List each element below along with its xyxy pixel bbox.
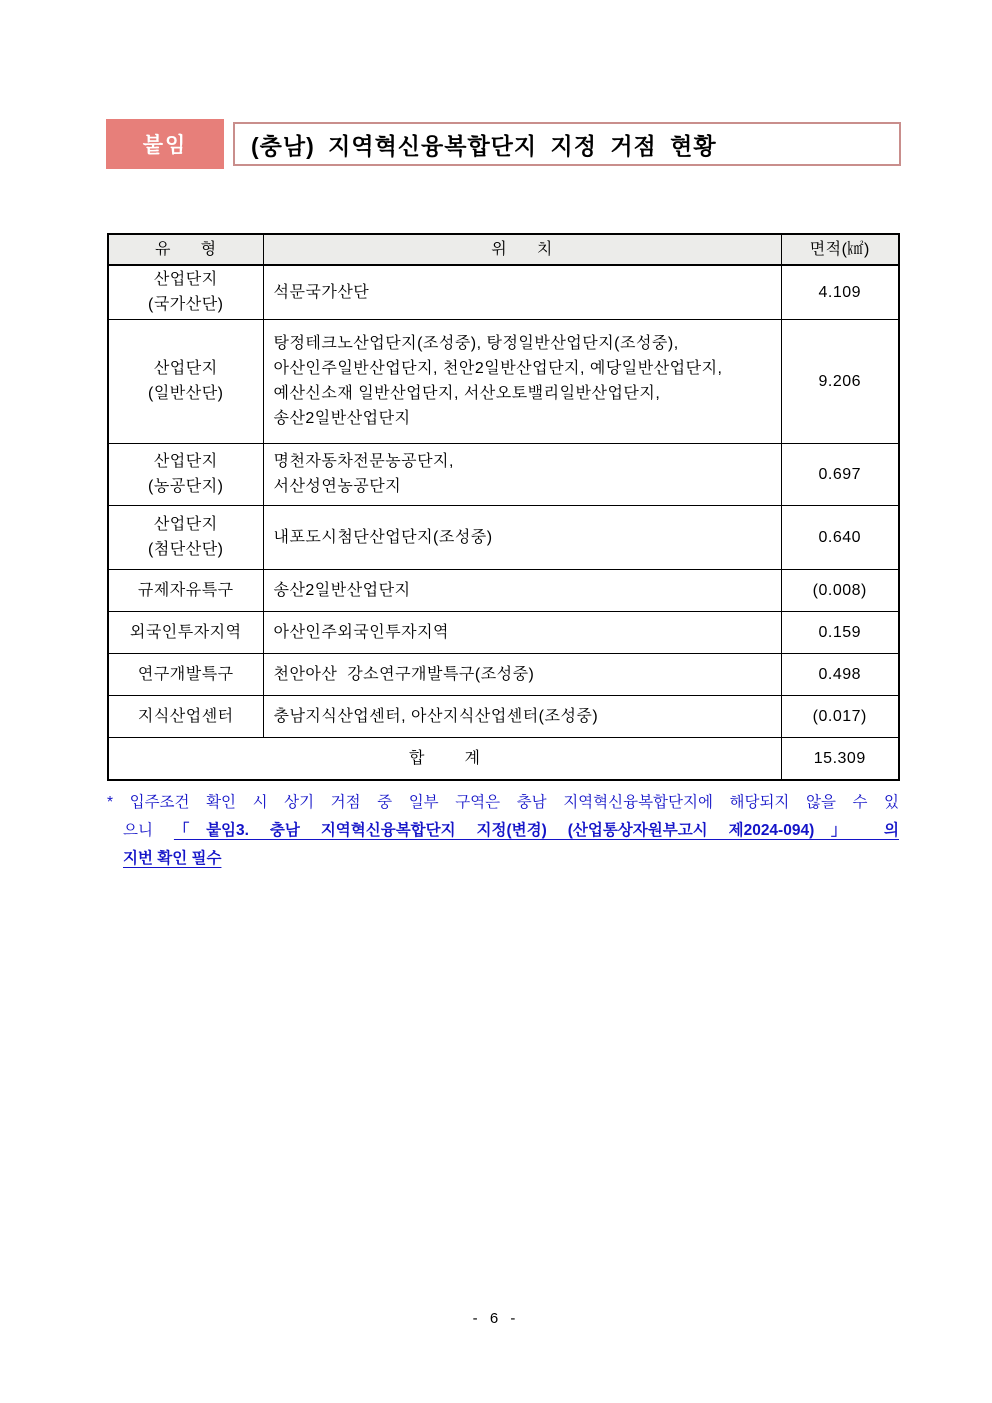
footnote-text-1: 입주조건 확인 시 상기 거점 중 일부 구역은 충남 지역혁신융복합단지에 해… bbox=[113, 794, 899, 811]
footnote-line-2: 으니 「붙임3. 충남 지역혁신융복합단지 지정(변경) (산업통상자원부고시 … bbox=[123, 817, 899, 845]
col-header-area: 면적(㎢) bbox=[781, 234, 899, 265]
site-status-table: 유 형 위 치 면적(㎢) 산업단지 (국가산단) 석문국가산단 4.109 산… bbox=[107, 233, 900, 781]
cell-area: 0.498 bbox=[781, 653, 899, 695]
cell-location: 충남지식산업센터, 아산지식산업센터(조성중) bbox=[263, 695, 781, 737]
col-header-type: 유 형 bbox=[108, 234, 263, 265]
table-row: 연구개발특구 천안아산 강소연구개발특구(조성중) 0.498 bbox=[108, 653, 899, 695]
table-row: 산업단지 (농공단지) 명천자동차전문농공단지, 서산성연농공단지 0.697 bbox=[108, 443, 899, 505]
footnote-line-3: 지번 확인 필수 bbox=[123, 845, 899, 873]
cell-area: (0.017) bbox=[781, 695, 899, 737]
table-total-row: 합 계 15.309 bbox=[108, 737, 899, 780]
total-label: 합 계 bbox=[108, 737, 781, 780]
attachment-badge: 붙임 bbox=[106, 119, 224, 169]
table-row: 산업단지 (국가산단) 석문국가산단 4.109 bbox=[108, 265, 899, 319]
cell-type: 연구개발특구 bbox=[108, 653, 263, 695]
table-header-row: 유 형 위 치 면적(㎢) bbox=[108, 234, 899, 265]
cell-location: 내포도시첨단산업단지(조성중) bbox=[263, 505, 781, 569]
document-page: 붙임 (충남) 지역혁신융복합단지 지정 거점 현황 유 형 위 치 면적(㎢)… bbox=[0, 0, 992, 1403]
cell-location: 명천자동차전문농공단지, 서산성연농공단지 bbox=[263, 443, 781, 505]
cell-location: 석문국가산단 bbox=[263, 265, 781, 319]
table-row: 지식산업센터 충남지식산업센터, 아산지식산업센터(조성중) (0.017) bbox=[108, 695, 899, 737]
cell-type: 산업단지 (첨단산단) bbox=[108, 505, 263, 569]
cell-area: 0.640 bbox=[781, 505, 899, 569]
page-number: - 6 - bbox=[0, 1310, 992, 1327]
cell-location: 천안아산 강소연구개발특구(조성중) bbox=[263, 653, 781, 695]
cell-type: 산업단지 (일반산단) bbox=[108, 319, 263, 443]
attachment3-reference-link[interactable]: 「붙임3. 충남 지역혁신융복합단지 지정(변경) (산업통상자원부고시 제20… bbox=[174, 822, 899, 839]
cell-area: 9.206 bbox=[781, 319, 899, 443]
table-row: 산업단지 (첨단산단) 내포도시첨단산업단지(조성중) 0.640 bbox=[108, 505, 899, 569]
table-row: 산업단지 (일반산단) 탕정테크노산업단지(조성중), 탕정일반산업단지(조성중… bbox=[108, 319, 899, 443]
cell-type: 산업단지 (농공단지) bbox=[108, 443, 263, 505]
footnote-text-2: 으니 bbox=[123, 822, 174, 839]
total-area-value: 15.309 bbox=[781, 737, 899, 780]
cell-type: 외국인투자지역 bbox=[108, 611, 263, 653]
cell-location: 아산인주외국인투자지역 bbox=[263, 611, 781, 653]
cell-type: 산업단지 (국가산단) bbox=[108, 265, 263, 319]
cell-location: 송산2일반산업단지 bbox=[263, 569, 781, 611]
cell-type: 규제자유특구 bbox=[108, 569, 263, 611]
footnote: * 입주조건 확인 시 상기 거점 중 일부 구역은 충남 지역혁신융복합단지에… bbox=[107, 789, 899, 873]
cell-area: 0.159 bbox=[781, 611, 899, 653]
cell-type: 지식산업센터 bbox=[108, 695, 263, 737]
title-box: (충남) 지역혁신융복합단지 지정 거점 현황 bbox=[233, 122, 901, 166]
col-header-location: 위 치 bbox=[263, 234, 781, 265]
cell-location: 탕정테크노산업단지(조성중), 탕정일반산업단지(조성중), 아산인주일반산업단… bbox=[263, 319, 781, 443]
cell-area: 4.109 bbox=[781, 265, 899, 319]
page-title: (충남) 지역혁신융복합단지 지정 거점 현황 bbox=[251, 128, 717, 161]
table-row: 외국인투자지역 아산인주외국인투자지역 0.159 bbox=[108, 611, 899, 653]
cell-area: (0.008) bbox=[781, 569, 899, 611]
table-row: 규제자유특구 송산2일반산업단지 (0.008) bbox=[108, 569, 899, 611]
cell-area: 0.697 bbox=[781, 443, 899, 505]
footnote-line-1: * 입주조건 확인 시 상기 거점 중 일부 구역은 충남 지역혁신융복합단지에… bbox=[123, 789, 899, 817]
attachment3-reference-link-continued[interactable]: 지번 확인 필수 bbox=[123, 850, 221, 867]
